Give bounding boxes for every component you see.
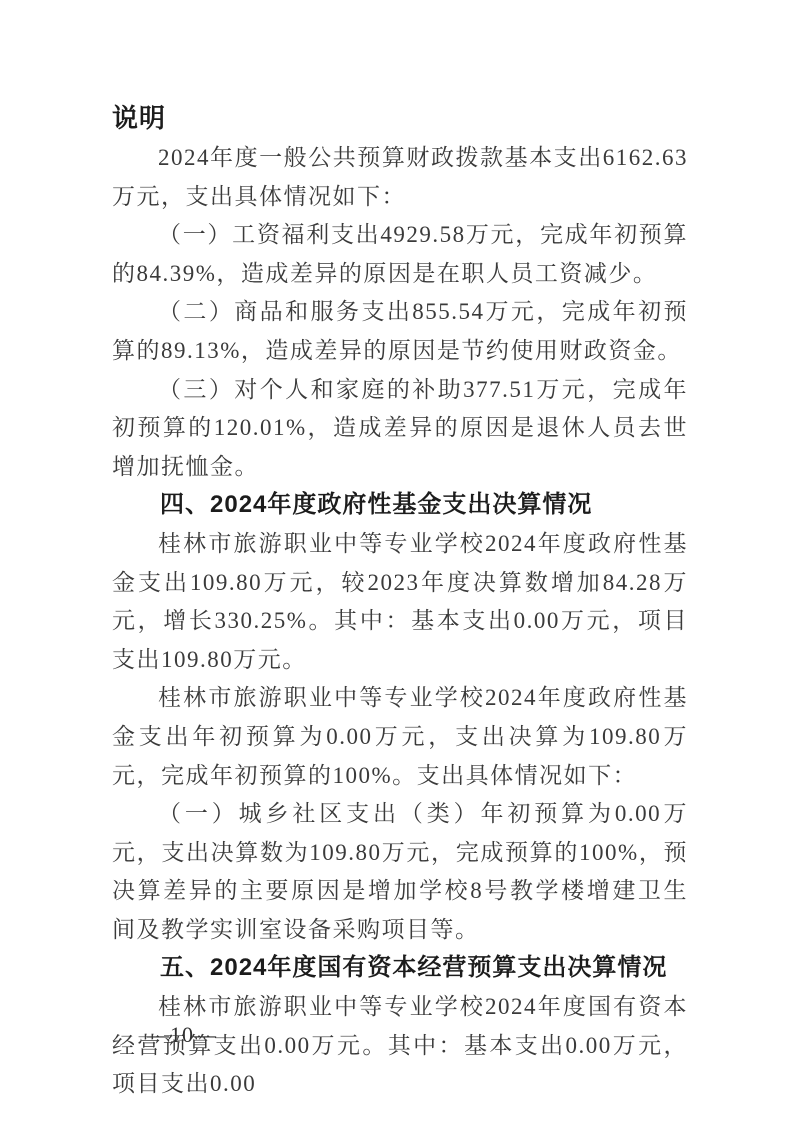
document-body: 说明 2024年度一般公共预算财政拨款基本支出6162.63万元，支出具体情况如… xyxy=(112,98,688,1104)
document-page: 说明 2024年度一般公共预算财政拨款基本支出6162.63万元，支出具体情况如… xyxy=(0,0,800,1131)
paragraph-s4-fund-expenditure: 桂林市旅游职业中等专业学校2024年度政府性基金支出109.80万元，较2023… xyxy=(112,525,688,679)
page-number: —10— xyxy=(147,1020,217,1050)
section-heading-4-government-funds: 四、2024年度政府性基金支出决算情况 xyxy=(112,486,688,525)
paragraph-s4-urban-rural-community: （一）城乡社区支出（类）年初预算为0.00万元，支出决算数为109.80万元，完… xyxy=(112,795,688,949)
doc-heading-shuoming: 说明 xyxy=(112,98,688,139)
paragraph-item3-subsidies: （三）对个人和家庭的补助377.51万元，完成年初预算的120.01%，造成差异… xyxy=(112,371,688,487)
paragraph-budget-intro: 2024年度一般公共预算财政拨款基本支出6162.63万元，支出具体情况如下： xyxy=(112,139,688,216)
paragraph-s4-fund-budget: 桂林市旅游职业中等专业学校2024年度政府性基金支出年初预算为0.00万元，支出… xyxy=(112,679,688,795)
paragraph-item1-wages: （一）工资福利支出4929.58万元，完成年初预算的84.39%，造成差异的原因… xyxy=(112,216,688,293)
paragraph-item2-goods-services: （二）商品和服务支出855.54万元，完成年初预算的89.13%，造成差异的原因… xyxy=(112,293,688,370)
section-heading-5-state-capital: 五、2024年度国有资本经营预算支出决算情况 xyxy=(112,949,688,988)
